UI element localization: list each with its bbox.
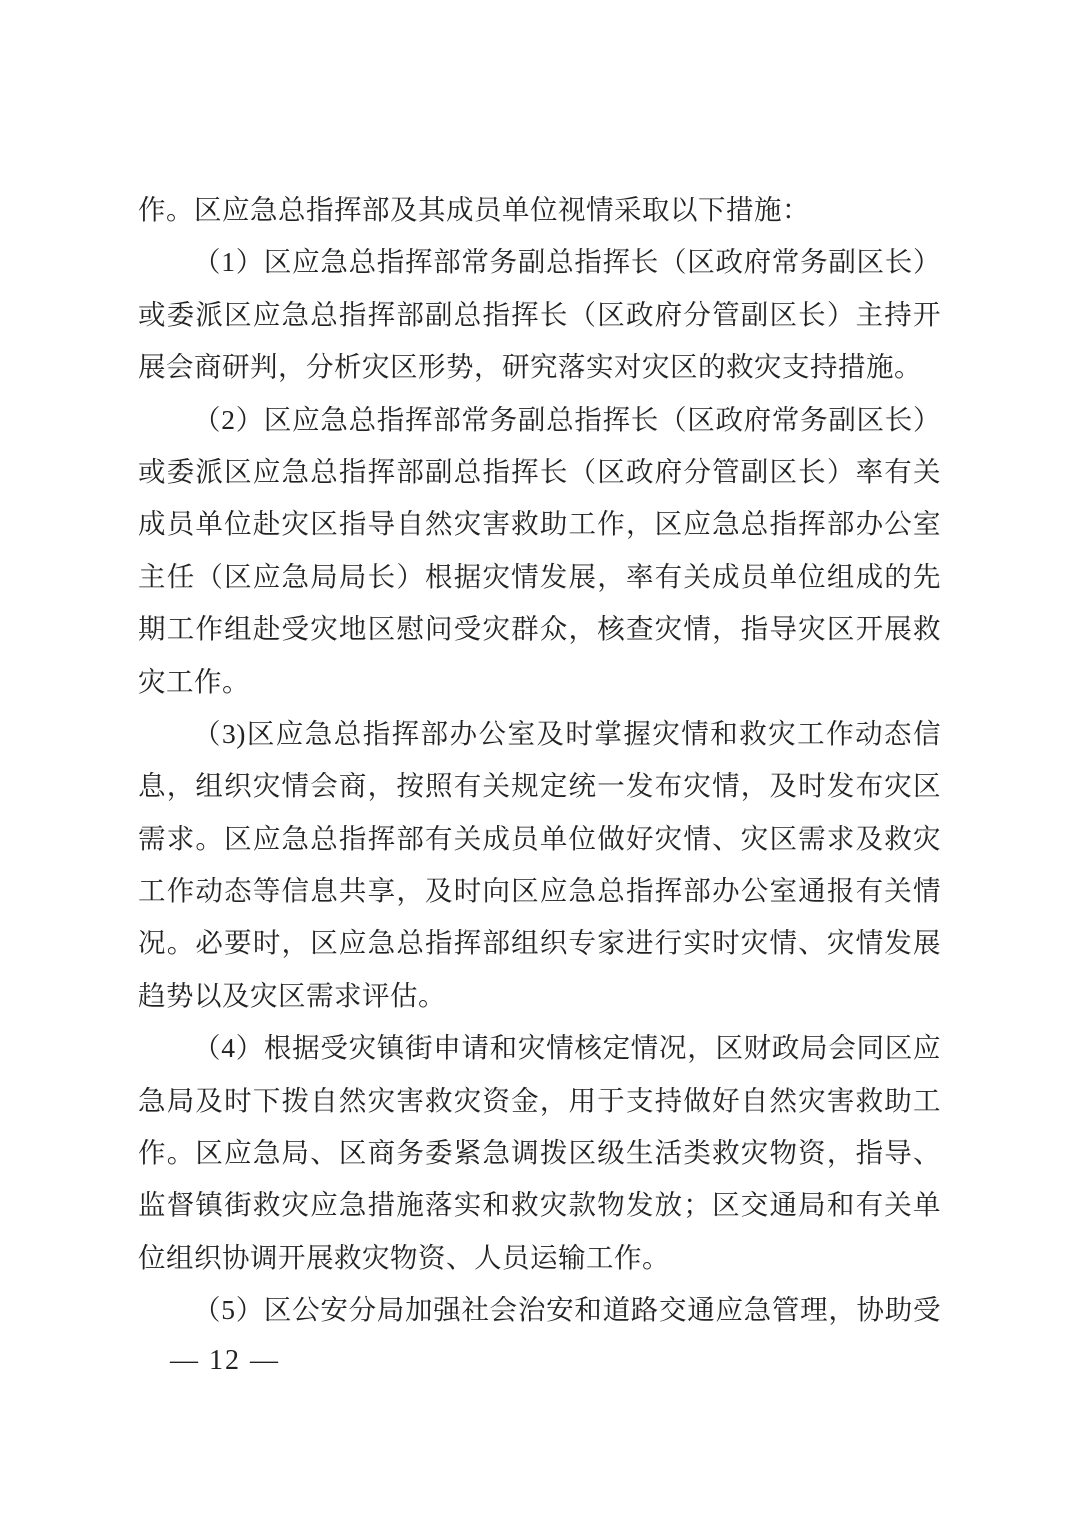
text-line: 或委派区应急总指挥部副总指挥长（区政府分管副区长）率有关	[138, 446, 941, 498]
text-line: 成员单位赴灾区指导自然灾害救助工作，区应急总指挥部办公室	[138, 498, 941, 550]
page-number: — 12 —	[170, 1340, 280, 1382]
text-line: 作。区应急局、区商务委紧急调拨区级生活类救灾物资，指导、	[138, 1127, 941, 1179]
text-line: （3)区应急总指挥部办公室及时掌握灾情和救灾工作动态信	[138, 708, 941, 760]
text-line: 况。必要时，区应急总指挥部组织专家进行实时灾情、灾情发展	[138, 917, 941, 969]
text-line: 展会商研判，分析灾区形势，研究落实对灾区的救灾支持措施。	[138, 341, 941, 393]
text-line: 位组织协调开展救灾物资、人员运输工作。	[138, 1232, 941, 1284]
text-line: 作。区应急总指挥部及其成员单位视情采取以下措施：	[138, 184, 941, 236]
text-line: 趋势以及灾区需求评估。	[138, 970, 941, 1022]
text-line: 监督镇街救灾应急措施落实和救灾款物发放；区交通局和有关单	[138, 1179, 941, 1231]
text-line: （1）区应急总指挥部常务副总指挥长（区政府常务副区长）	[138, 236, 941, 288]
text-line: 需求。区应急总指挥部有关成员单位做好灾情、灾区需求及救灾	[138, 813, 941, 865]
text-line: 急局及时下拨自然灾害救灾资金，用于支持做好自然灾害救助工	[138, 1075, 941, 1127]
text-line: （4）根据受灾镇街申请和灾情核定情况，区财政局会同区应	[138, 1022, 941, 1074]
text-line: 或委派区应急总指挥部副总指挥长（区政府分管副区长）主持开	[138, 289, 941, 341]
document-body: 作。区应急总指挥部及其成员单位视情采取以下措施： （1）区应急总指挥部常务副总指…	[138, 184, 941, 1337]
text-line: （2）区应急总指挥部常务副总指挥长（区政府常务副区长）	[138, 394, 941, 446]
text-line: 息，组织灾情会商，按照有关规定统一发布灾情，及时发布灾区	[138, 760, 941, 812]
text-line: 工作动态等信息共享，及时向区应急总指挥部办公室通报有关情	[138, 865, 941, 917]
text-line: 期工作组赴受灾地区慰问受灾群众，核查灾情，指导灾区开展救	[138, 603, 941, 655]
text-line: 灾工作。	[138, 656, 941, 708]
document-page: 作。区应急总指挥部及其成员单位视情采取以下措施： （1）区应急总指挥部常务副总指…	[0, 0, 1074, 1520]
text-line: （5）区公安分局加强社会治安和道路交通应急管理，协助受	[138, 1284, 941, 1336]
text-line: 主任（区应急局局长）根据灾情发展，率有关成员单位组成的先	[138, 551, 941, 603]
